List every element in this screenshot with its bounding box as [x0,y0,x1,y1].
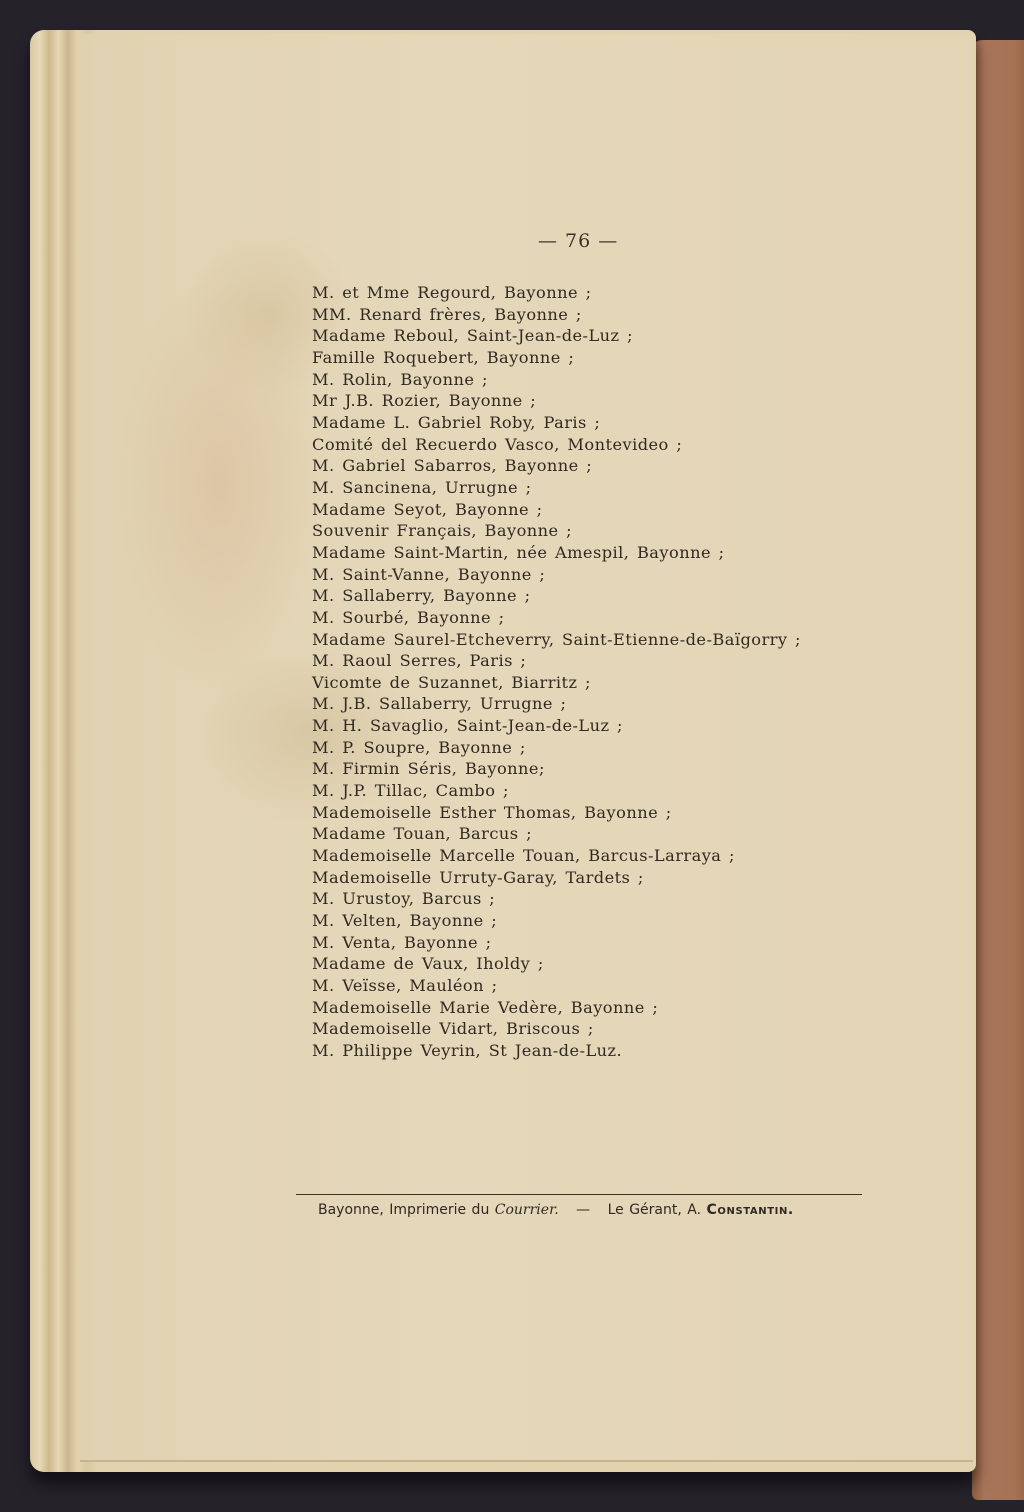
list-item: M. Sallaberry, Bayonne ; [312,585,801,607]
list-item: M. Philippe Veyrin, St Jean-de-Luz. [312,1040,801,1062]
list-item: M. Veïsse, Mauléon ; [312,975,801,997]
manager-name: Constantin. [707,1202,794,1218]
list-item: M. Rolin, Bayonne ; [312,369,801,391]
list-item: Madame Saurel-Etcheverry, Saint-Etienne-… [312,629,801,651]
page-number: — 76 — [538,230,618,252]
list-item: Madame Touan, Barcus ; [312,823,801,845]
list-item: Vicomte de Suzannet, Biarritz ; [312,672,801,694]
list-item: M. Sourbé, Bayonne ; [312,607,801,629]
list-item: M. J.P. Tillac, Cambo ; [312,780,801,802]
list-item: Madame Seyot, Bayonne ; [312,499,801,521]
list-item: M. P. Soupre, Bayonne ; [312,737,801,759]
list-item: M. Urustoy, Barcus ; [312,888,801,910]
list-item: M. Velten, Bayonne ; [312,910,801,932]
book-cover [972,40,1024,1500]
footer-dash: — [576,1202,590,1218]
list-item: Mr J.B. Rozier, Bayonne ; [312,390,801,412]
printer-text: Bayonne, Imprimerie du [318,1202,489,1218]
list-item: MM. Renard frères, Bayonne ; [312,304,801,326]
imprint-footer: Bayonne, Imprimerie du Courrier. — Le Gé… [318,1202,794,1218]
list-item: Mademoiselle Marcelle Touan, Barcus-Larr… [312,845,801,867]
subscriber-list: M. et Mme Regourd, Bayonne ; MM. Renard … [312,282,801,1062]
list-item: M. Firmin Séris, Bayonne; [312,758,801,780]
list-item: M. Raoul Serres, Paris ; [312,650,801,672]
list-item: Madame Saint-Martin, née Amespil, Bayonn… [312,542,801,564]
list-item: Madame L. Gabriel Roby, Paris ; [312,412,801,434]
list-item: M. Sancinena, Urrugne ; [312,477,801,499]
list-item: M. Venta, Bayonne ; [312,932,801,954]
list-item: Mademoiselle Esther Thomas, Bayonne ; [312,802,801,824]
footer-divider [296,1194,862,1195]
list-item: Mademoiselle Vidart, Briscous ; [312,1018,801,1040]
list-item: M. J.B. Sallaberry, Urrugne ; [312,693,801,715]
list-item: Souvenir Français, Bayonne ; [312,520,801,542]
list-item: Comité del Recuerdo Vasco, Montevideo ; [312,434,801,456]
list-item: M. Saint-Vanne, Bayonne ; [312,564,801,586]
manager-label: Le Gérant, A. [608,1202,701,1218]
list-item: M. et Mme Regourd, Bayonne ; [312,282,801,304]
list-item: M. H. Savaglio, Saint-Jean-de-Luz ; [312,715,801,737]
list-item: Mademoiselle Marie Vedère, Bayonne ; [312,997,801,1019]
newspaper-name: Courrier. [495,1202,559,1218]
list-item: M. Gabriel Sabarros, Bayonne ; [312,455,801,477]
list-item: Famille Roquebert, Bayonne ; [312,347,801,369]
list-item: Madame de Vaux, Iholdy ; [312,953,801,975]
list-item: Mademoiselle Urruty-Garay, Tardets ; [312,867,801,889]
list-item: Madame Reboul, Saint-Jean-de-Luz ; [312,325,801,347]
